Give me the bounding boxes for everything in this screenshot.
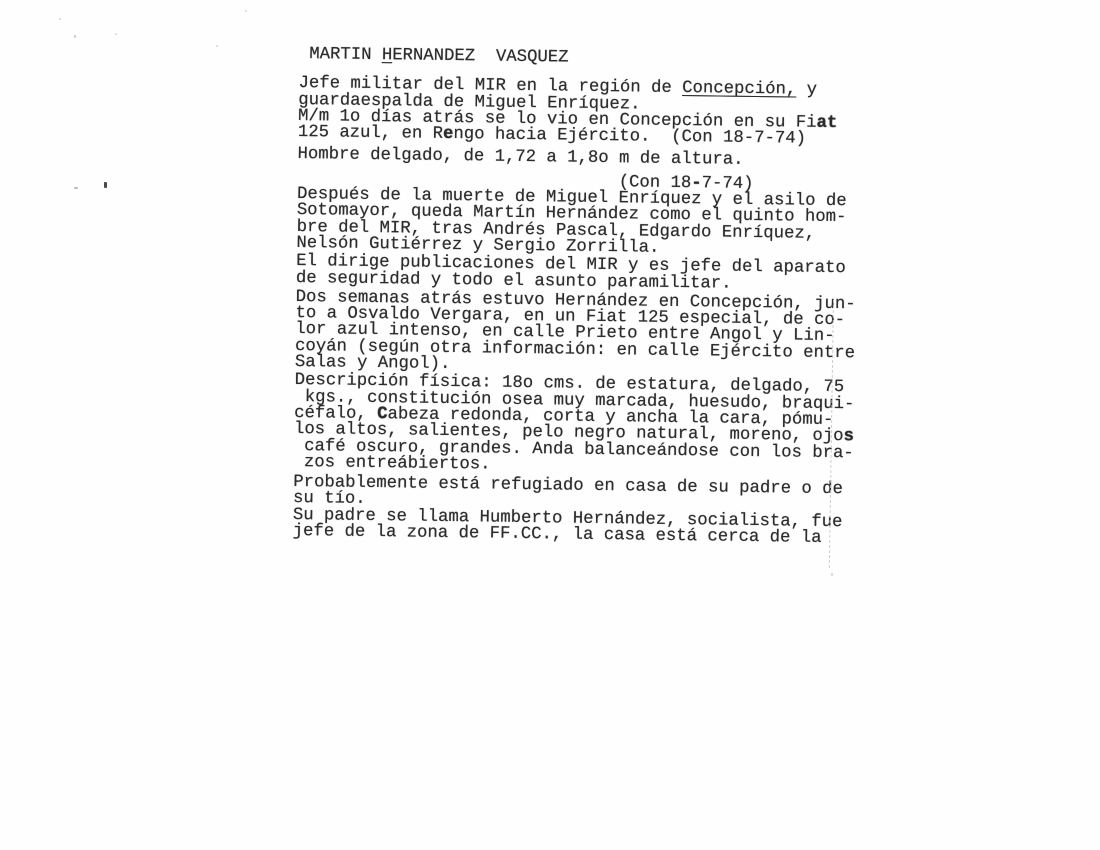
scan-speck bbox=[74, 187, 78, 189]
text-segment: 125 azul, en R bbox=[298, 123, 443, 144]
scan-speck bbox=[115, 33, 117, 35]
underlined-text: Concepción, bbox=[682, 79, 796, 99]
scan-speck bbox=[831, 573, 833, 576]
text-segment: ngo hacia Ejército. (Con 18-7-74) bbox=[453, 125, 806, 149]
text-segment: zos entreábiertos. bbox=[293, 453, 490, 475]
document-title: MARTIN HERNANDEZ VASQUEZ bbox=[299, 47, 899, 71]
scan-speck bbox=[216, 45, 218, 47]
overstruck-text: e bbox=[443, 125, 454, 144]
scan-speck bbox=[59, 18, 61, 20]
text-segment: y bbox=[796, 81, 817, 100]
overstruck-text: at bbox=[816, 114, 837, 133]
scan-speck bbox=[245, 10, 247, 12]
text-segment: MARTIN bbox=[299, 45, 382, 65]
text-segment: Hombre delgado, de 1,72 a 1,8o m de altu… bbox=[297, 145, 743, 170]
scan-speck bbox=[74, 35, 76, 38]
text-line: Hombre delgado, de 1,72 a 1,8o m de altu… bbox=[297, 147, 897, 171]
scanned-page: MARTIN HERNANDEZ VASQUEZJefe militar del… bbox=[0, 0, 1100, 850]
text-segment: ERNANDEZ VASQUEZ bbox=[392, 46, 569, 67]
document-text-block: MARTIN HERNANDEZ VASQUEZJefe militar del… bbox=[293, 47, 899, 548]
ink-blot bbox=[104, 182, 107, 188]
underlined-text: H bbox=[382, 46, 393, 65]
